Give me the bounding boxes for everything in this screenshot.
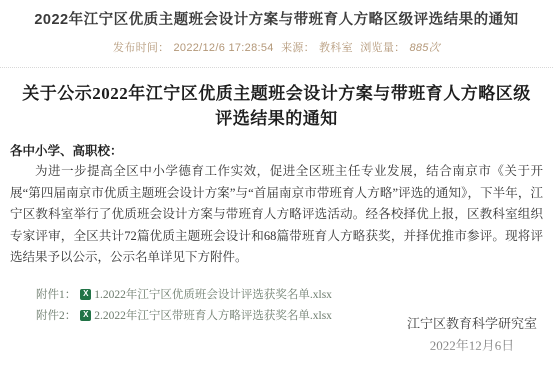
views-value: 885次 xyxy=(409,42,440,54)
publish-time-label: 发布时间： xyxy=(113,42,170,54)
meta-line: 发布时间：2022/12/6 17:28:54 来源：教科室 浏览量：885次 xyxy=(0,39,553,55)
signature-block: 江宁区教育科学研究室 2022年12月6日 xyxy=(407,313,537,357)
views-label: 浏览量： xyxy=(360,42,405,54)
signing-date: 2022年12月6日 xyxy=(407,335,537,357)
attachment-row-1[interactable]: 附件1： X 1.2022年江宁区优质班会设计评选获奖名单.xlsx xyxy=(36,284,543,305)
notice-paragraph: 为进一步提高全区中小学德育工作实效，促进全区班主任专业发展，结合南京市《关于开展… xyxy=(10,161,543,269)
source-value: 教科室 xyxy=(319,42,353,54)
notice-page: 2022年江宁区优质主题班会设计方案与带班育人方略区级评选结果的通知 发布时间：… xyxy=(0,0,553,368)
document-title: 关于公示2022年江宁区优质主题班会设计方案与带班育人方略区级评选结果的通知 xyxy=(10,81,543,131)
publish-time-value: 2022/12/6 17:28:54 xyxy=(173,42,273,54)
attachment-1-label: 附件1： xyxy=(36,286,76,302)
salutation: 各中小学、高职校： xyxy=(10,141,543,159)
excel-file-icon: X xyxy=(80,289,91,300)
source-label: 来源： xyxy=(281,42,315,54)
signing-organization: 江宁区教育科学研究室 xyxy=(407,313,537,335)
attachment-1-link[interactable]: 1.2022年江宁区优质班会设计评选获奖名单.xlsx xyxy=(94,286,332,302)
excel-file-icon: X xyxy=(80,310,91,321)
document-body: 关于公示2022年江宁区优质主题班会设计方案与带班育人方略区级评选结果的通知 各… xyxy=(0,68,553,326)
attachment-2-label: 附件2： xyxy=(36,307,76,323)
page-title: 2022年江宁区优质主题班会设计方案与带班育人方略区级评选结果的通知 xyxy=(0,0,553,30)
attachment-2-link[interactable]: 2.2022年江宁区带班育人方略评选获奖名单.xlsx xyxy=(94,307,332,323)
